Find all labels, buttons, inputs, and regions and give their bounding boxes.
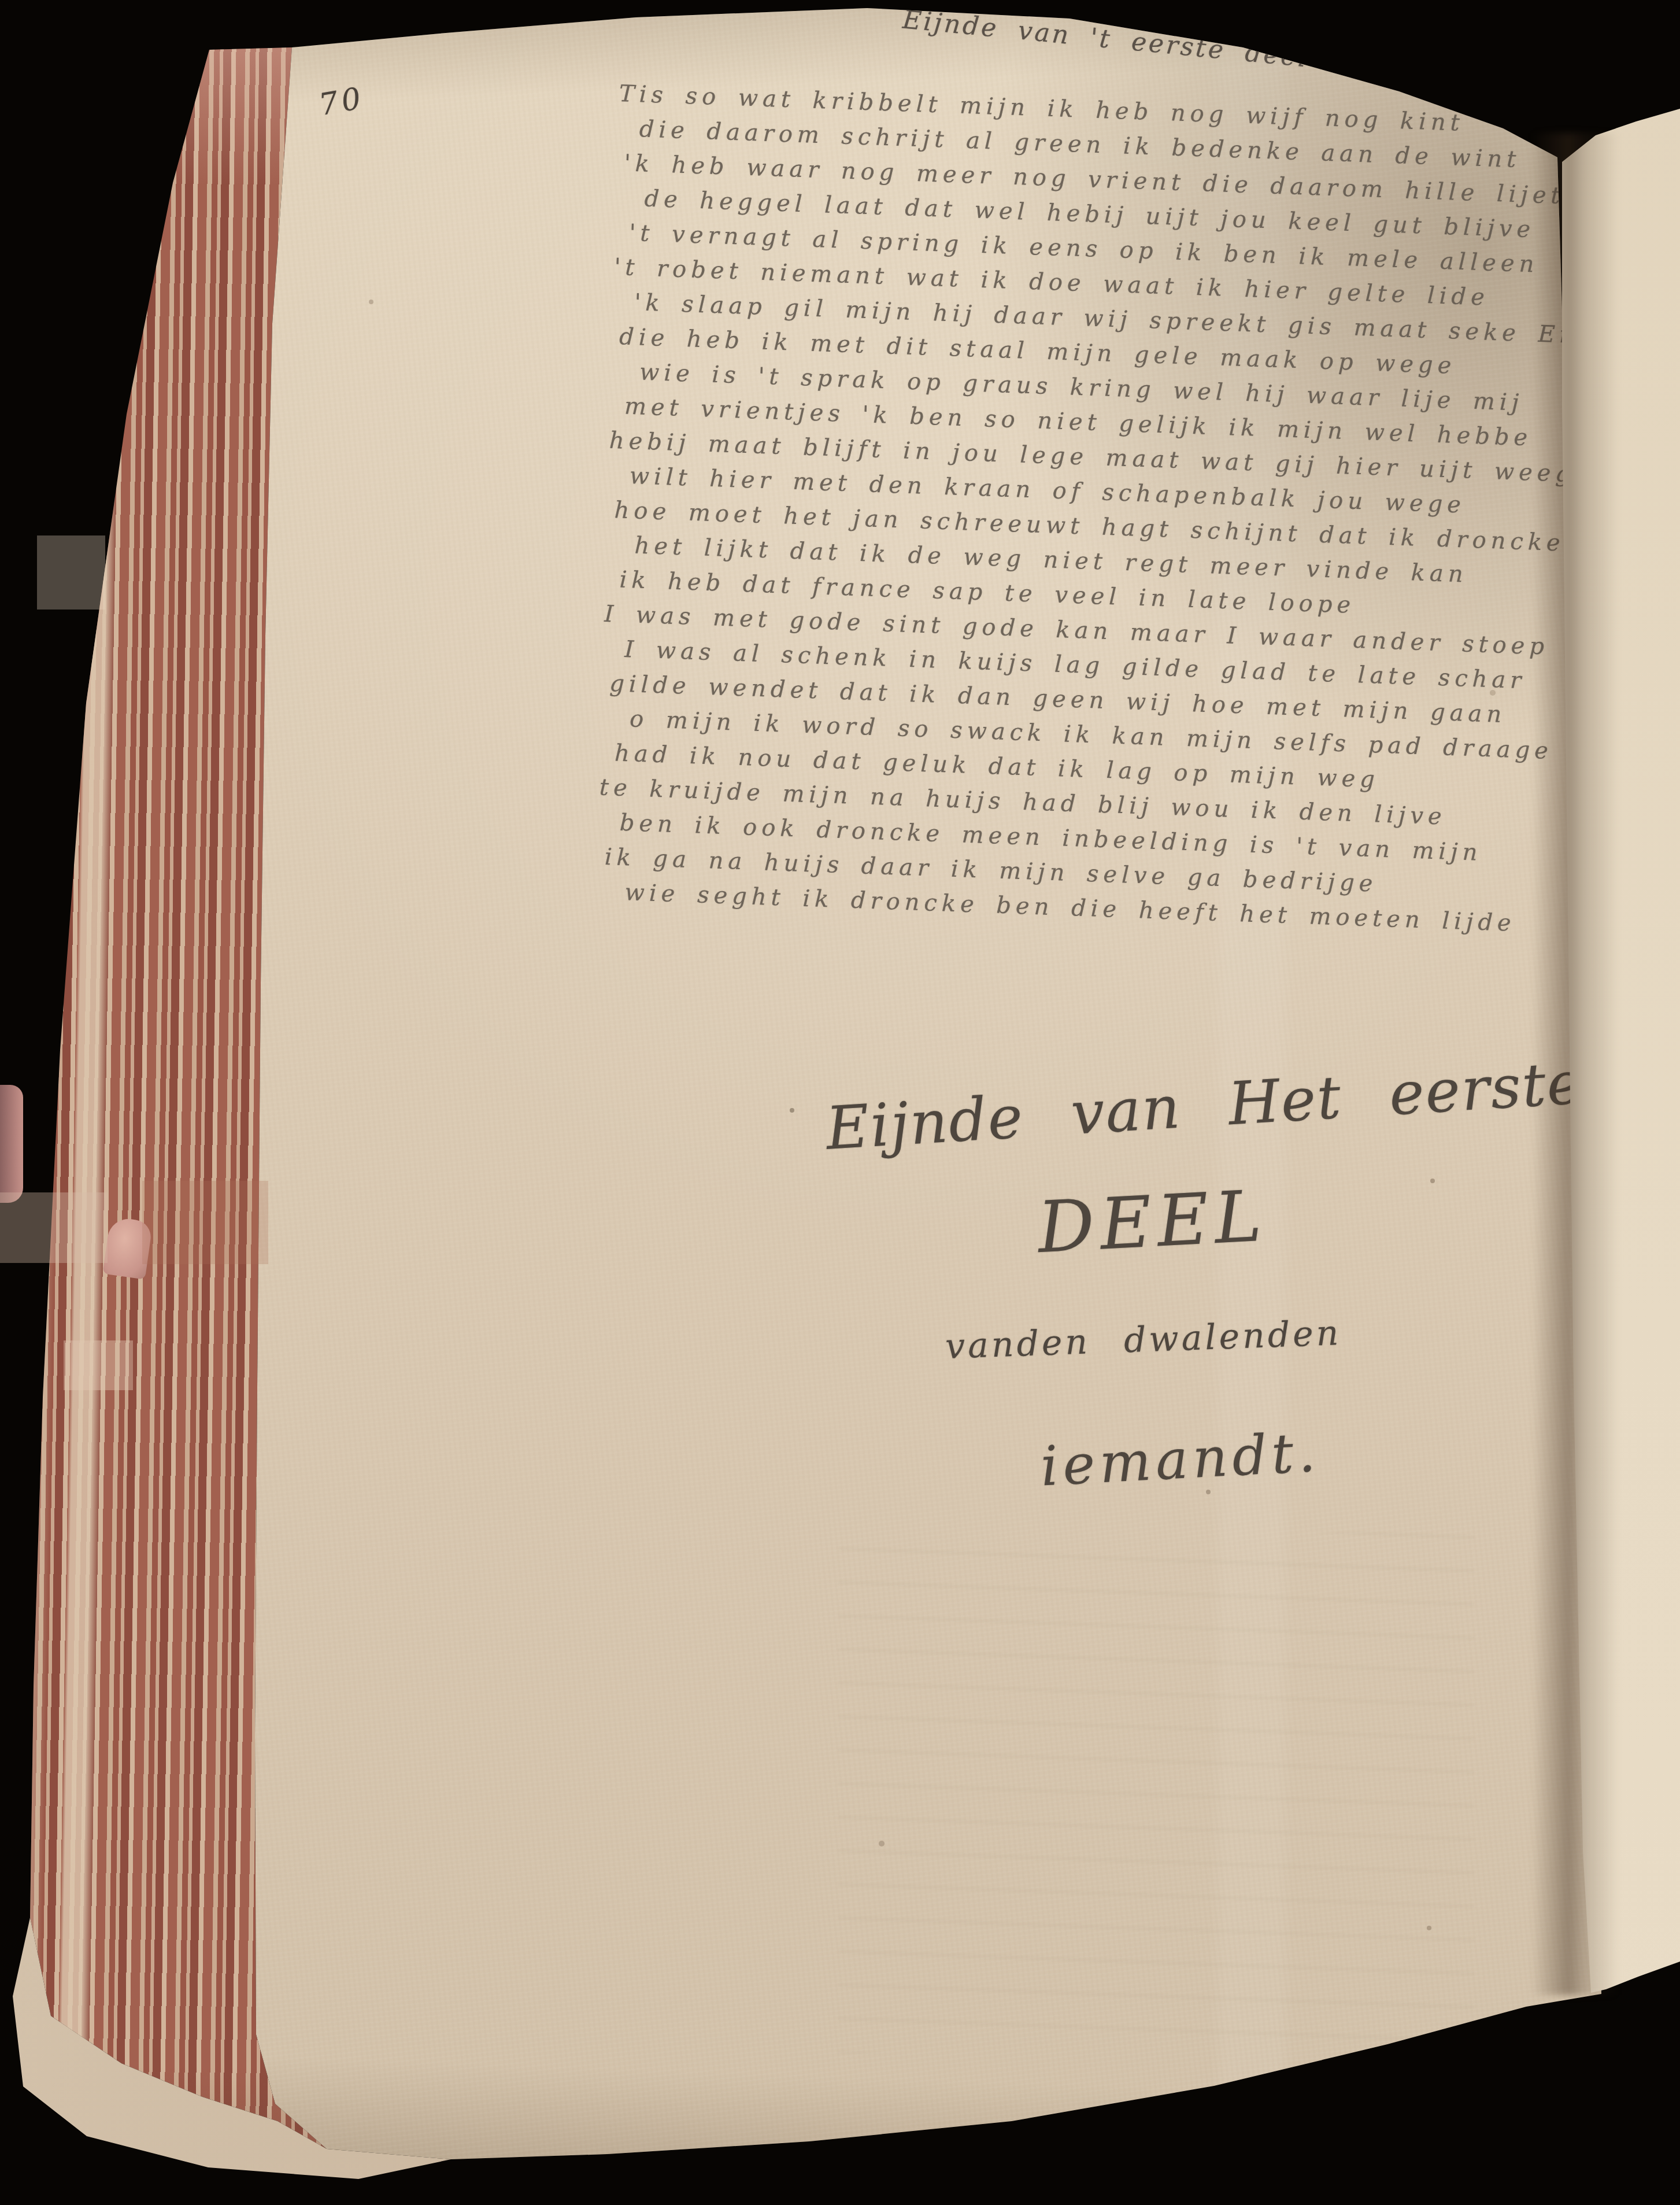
ink-showthrough	[838, 1532, 1474, 2053]
photo-glitch-patch	[0, 1192, 108, 1263]
colophon-line-2: DEEL	[1036, 1175, 1270, 1269]
photo-glitch-patch	[37, 535, 105, 610]
manuscript-text-block: Tis so wat kribbelt mijn ik heb nog wijf…	[591, 76, 1544, 941]
gutter-shadow	[1532, 133, 1619, 1995]
manuscript-book-photo: 70 Eijnde van 't eerste deel Tis so wat …	[0, 0, 1680, 2205]
foxing-specks	[0, 0, 2, 2]
finger-at-left-edge	[0, 1085, 23, 1203]
photo-glitch-patch	[64, 1340, 133, 1390]
photo-glitch-patch	[142, 1181, 268, 1264]
